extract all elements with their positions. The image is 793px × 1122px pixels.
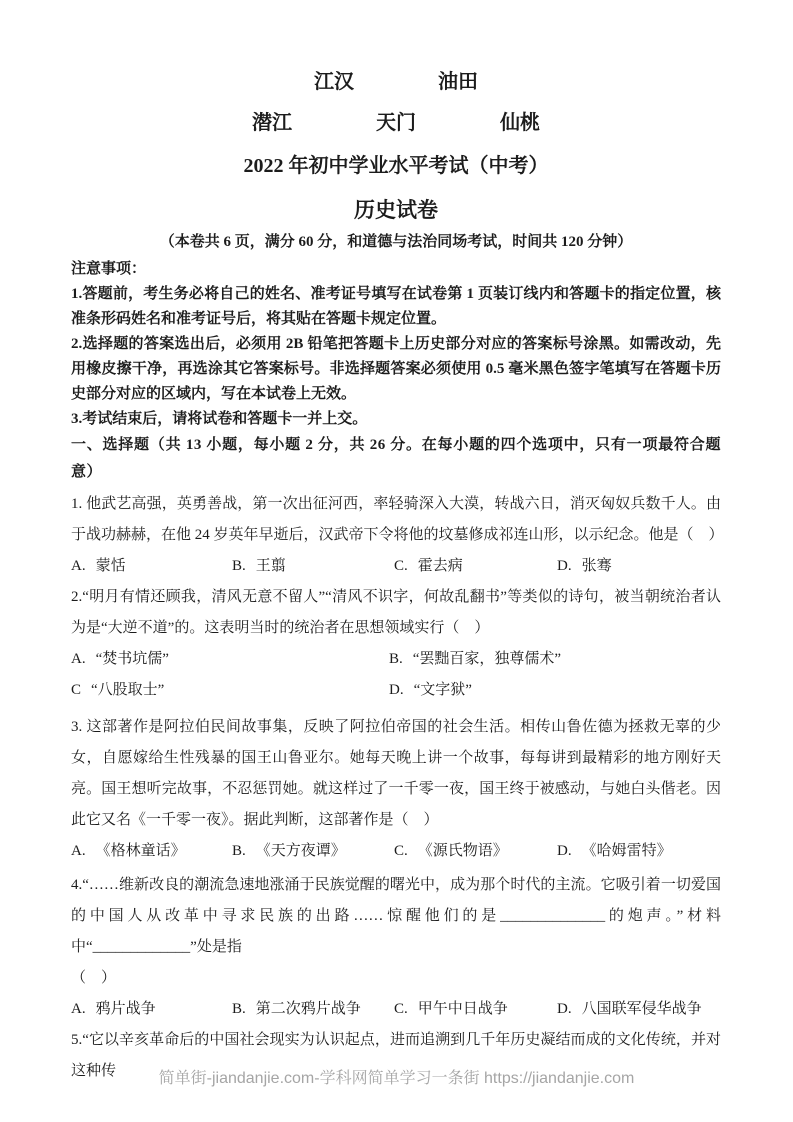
- option-text: 《天方夜谭》: [256, 843, 346, 859]
- option-text: 《源氏物语》: [418, 843, 508, 859]
- option-text: 鸦片战争: [96, 1001, 156, 1017]
- question-4-answer-blank: （ ）: [71, 963, 721, 994]
- region-row-1: 江汉 油田: [71, 0, 721, 94]
- exam-title: 2022 年初中学业水平考试（中考）: [71, 154, 721, 179]
- question-2: 2.“明月有情还顾我，清风无意不留人”“清风不识字，何故乱翻书”等类似的诗句，被…: [71, 582, 721, 706]
- option-text: 霍去病: [418, 558, 463, 574]
- footer-watermark: 简单街-jiandanjie.com-学科网简单学习一条街 https://ji…: [0, 1068, 793, 1090]
- question-1-option-b: B.王翦: [232, 551, 394, 582]
- option-label: D.: [557, 558, 572, 574]
- question-3: 3. 这部著作是阿拉伯民间故事集，反映了阿拉伯帝国的社会生活。相传山鲁佐德为拯救…: [71, 712, 721, 867]
- option-label: A.: [71, 1001, 86, 1017]
- option-text: 甲午中日战争: [418, 1001, 508, 1017]
- question-1-option-c: C.霍去病: [394, 551, 557, 582]
- region-label-jianghan: 江汉: [314, 70, 354, 94]
- paper-subtitle: （本卷共 6 页，满分 60 分，和道德与法治同场考试，时间共 120 分钟）: [71, 232, 721, 252]
- question-4-option-d: D.八国联军侵华战争: [557, 994, 721, 1025]
- question-1: 1. 他武艺高强，英勇善战，第一次出征河西，率轻骑深入大漠，转战六日，消灭匈奴兵…: [71, 489, 721, 582]
- region-label-youtian: 油田: [438, 70, 478, 94]
- question-1-option-d: D.张骞: [557, 551, 721, 582]
- option-label: B.: [232, 1001, 246, 1017]
- option-label: D.: [389, 682, 404, 698]
- question-2-option-b: B.“罢黜百家，独尊儒术”: [389, 644, 721, 675]
- exam-paper-page: 江汉 油田 潜江 天门 仙桃 2022 年初中学业水平考试（中考） 历史试卷 （…: [0, 0, 793, 1122]
- option-text: 《哈姆雷特》: [582, 843, 672, 859]
- question-3-option-b: B.《天方夜谭》: [232, 836, 394, 867]
- option-text: 蒙恬: [96, 558, 126, 574]
- question-2-option-a: A.“焚书坑儒”: [71, 644, 389, 675]
- option-text: “焚书坑儒”: [96, 651, 169, 667]
- option-label: C.: [394, 1001, 408, 1017]
- section-title-choice-questions: 一、选择题（共 13 小题，每小题 2 分，共 26 分。在每小题的四个选项中，…: [71, 432, 721, 486]
- region-label-tianmen: 天门: [376, 111, 416, 135]
- question-3-text: 3. 这部著作是阿拉伯民间故事集，反映了阿拉伯帝国的社会生活。相传山鲁佐德为拯救…: [71, 712, 721, 836]
- notice-section: 注意事项： 1.答题前，考生务必将自己的姓名、准考证号填写在试卷第 1 页装订线…: [71, 257, 721, 432]
- option-label: B.: [389, 651, 403, 667]
- question-1-option-a: A.蒙恬: [71, 551, 232, 582]
- option-text: “罢黜百家，独尊儒术”: [413, 651, 561, 667]
- question-3-option-d: D.《哈姆雷特》: [557, 836, 721, 867]
- question-4-option-c: C.甲午中日战争: [394, 994, 557, 1025]
- question-3-option-a: A.《格林童话》: [71, 836, 232, 867]
- question-3-option-c: C.《源氏物语》: [394, 836, 557, 867]
- option-label: B.: [232, 558, 246, 574]
- option-text: “八股取士”: [91, 682, 164, 698]
- question-2-option-c: C“八股取士”: [71, 675, 389, 706]
- question-4-option-b: B.第二次鸦片战争: [232, 994, 394, 1025]
- option-text: 八国联军侵华战争: [582, 1001, 702, 1017]
- page-content: 江汉 油田 潜江 天门 仙桃 2022 年初中学业水平考试（中考） 历史试卷 （…: [71, 0, 721, 1087]
- question-1-options: A.蒙恬 B.王翦 C.霍去病 D.张骞: [71, 551, 721, 582]
- question-4: 4.“……维新改良的潮流急速地涨涌于民族觉醒的曙光中，成为那个时代的主流。它吸引…: [71, 870, 721, 1025]
- option-label: D.: [557, 843, 572, 859]
- notice-heading: 注意事项：: [71, 257, 721, 282]
- option-text: 第二次鸦片战争: [256, 1001, 361, 1017]
- option-label: C: [71, 682, 81, 698]
- option-label: D.: [557, 1001, 572, 1017]
- question-2-options: A.“焚书坑儒” B.“罢黜百家，独尊儒术” C“八股取士” D.“文字狱”: [71, 644, 721, 706]
- option-text: “文字狱”: [414, 682, 472, 698]
- region-row-2: 潜江 天门 仙桃: [71, 111, 721, 135]
- notice-item-1: 1.答题前，考生务必将自己的姓名、准考证号填写在试卷第 1 页装订线内和答题卡的…: [71, 282, 721, 332]
- option-text: 《格林童话》: [96, 843, 186, 859]
- option-label: A.: [71, 651, 86, 667]
- question-3-options: A.《格林童话》 B.《天方夜谭》 C.《源氏物语》 D.《哈姆雷特》: [71, 836, 721, 867]
- region-label-qianjiang: 潜江: [252, 111, 292, 135]
- paper-header: 江汉 油田 潜江 天门 仙桃 2022 年初中学业水平考试（中考） 历史试卷 （…: [71, 0, 721, 252]
- question-4-option-a: A.鸦片战争: [71, 994, 232, 1025]
- option-label: C.: [394, 843, 408, 859]
- question-4-text: 4.“……维新改良的潮流急速地涨涌于民族觉醒的曙光中，成为那个时代的主流。它吸引…: [71, 870, 721, 963]
- option-text: 张骞: [582, 558, 612, 574]
- region-label-xiantao: 仙桃: [500, 111, 540, 135]
- option-text: 王翦: [256, 558, 286, 574]
- paper-title: 历史试卷: [71, 198, 721, 223]
- question-1-text: 1. 他武艺高强，英勇善战，第一次出征河西，率轻骑深入大漠，转战六日，消灭匈奴兵…: [71, 489, 721, 551]
- notice-item-2: 2.选择题的答案选出后，必须用 2B 铅笔把答题卡上历史部分对应的答案标号涂黑。…: [71, 332, 721, 407]
- question-2-text: 2.“明月有情还顾我，清风无意不留人”“清风不识字，何故乱翻书”等类似的诗句，被…: [71, 582, 721, 644]
- question-4-options: A.鸦片战争 B.第二次鸦片战争 C.甲午中日战争 D.八国联军侵华战争: [71, 994, 721, 1025]
- notice-item-3: 3.考试结束后，请将试卷和答题卡一并上交。: [71, 407, 721, 432]
- option-label: B.: [232, 843, 246, 859]
- option-label: C.: [394, 558, 408, 574]
- option-label: A.: [71, 843, 86, 859]
- question-2-option-d: D.“文字狱”: [389, 675, 721, 706]
- option-label: A.: [71, 558, 86, 574]
